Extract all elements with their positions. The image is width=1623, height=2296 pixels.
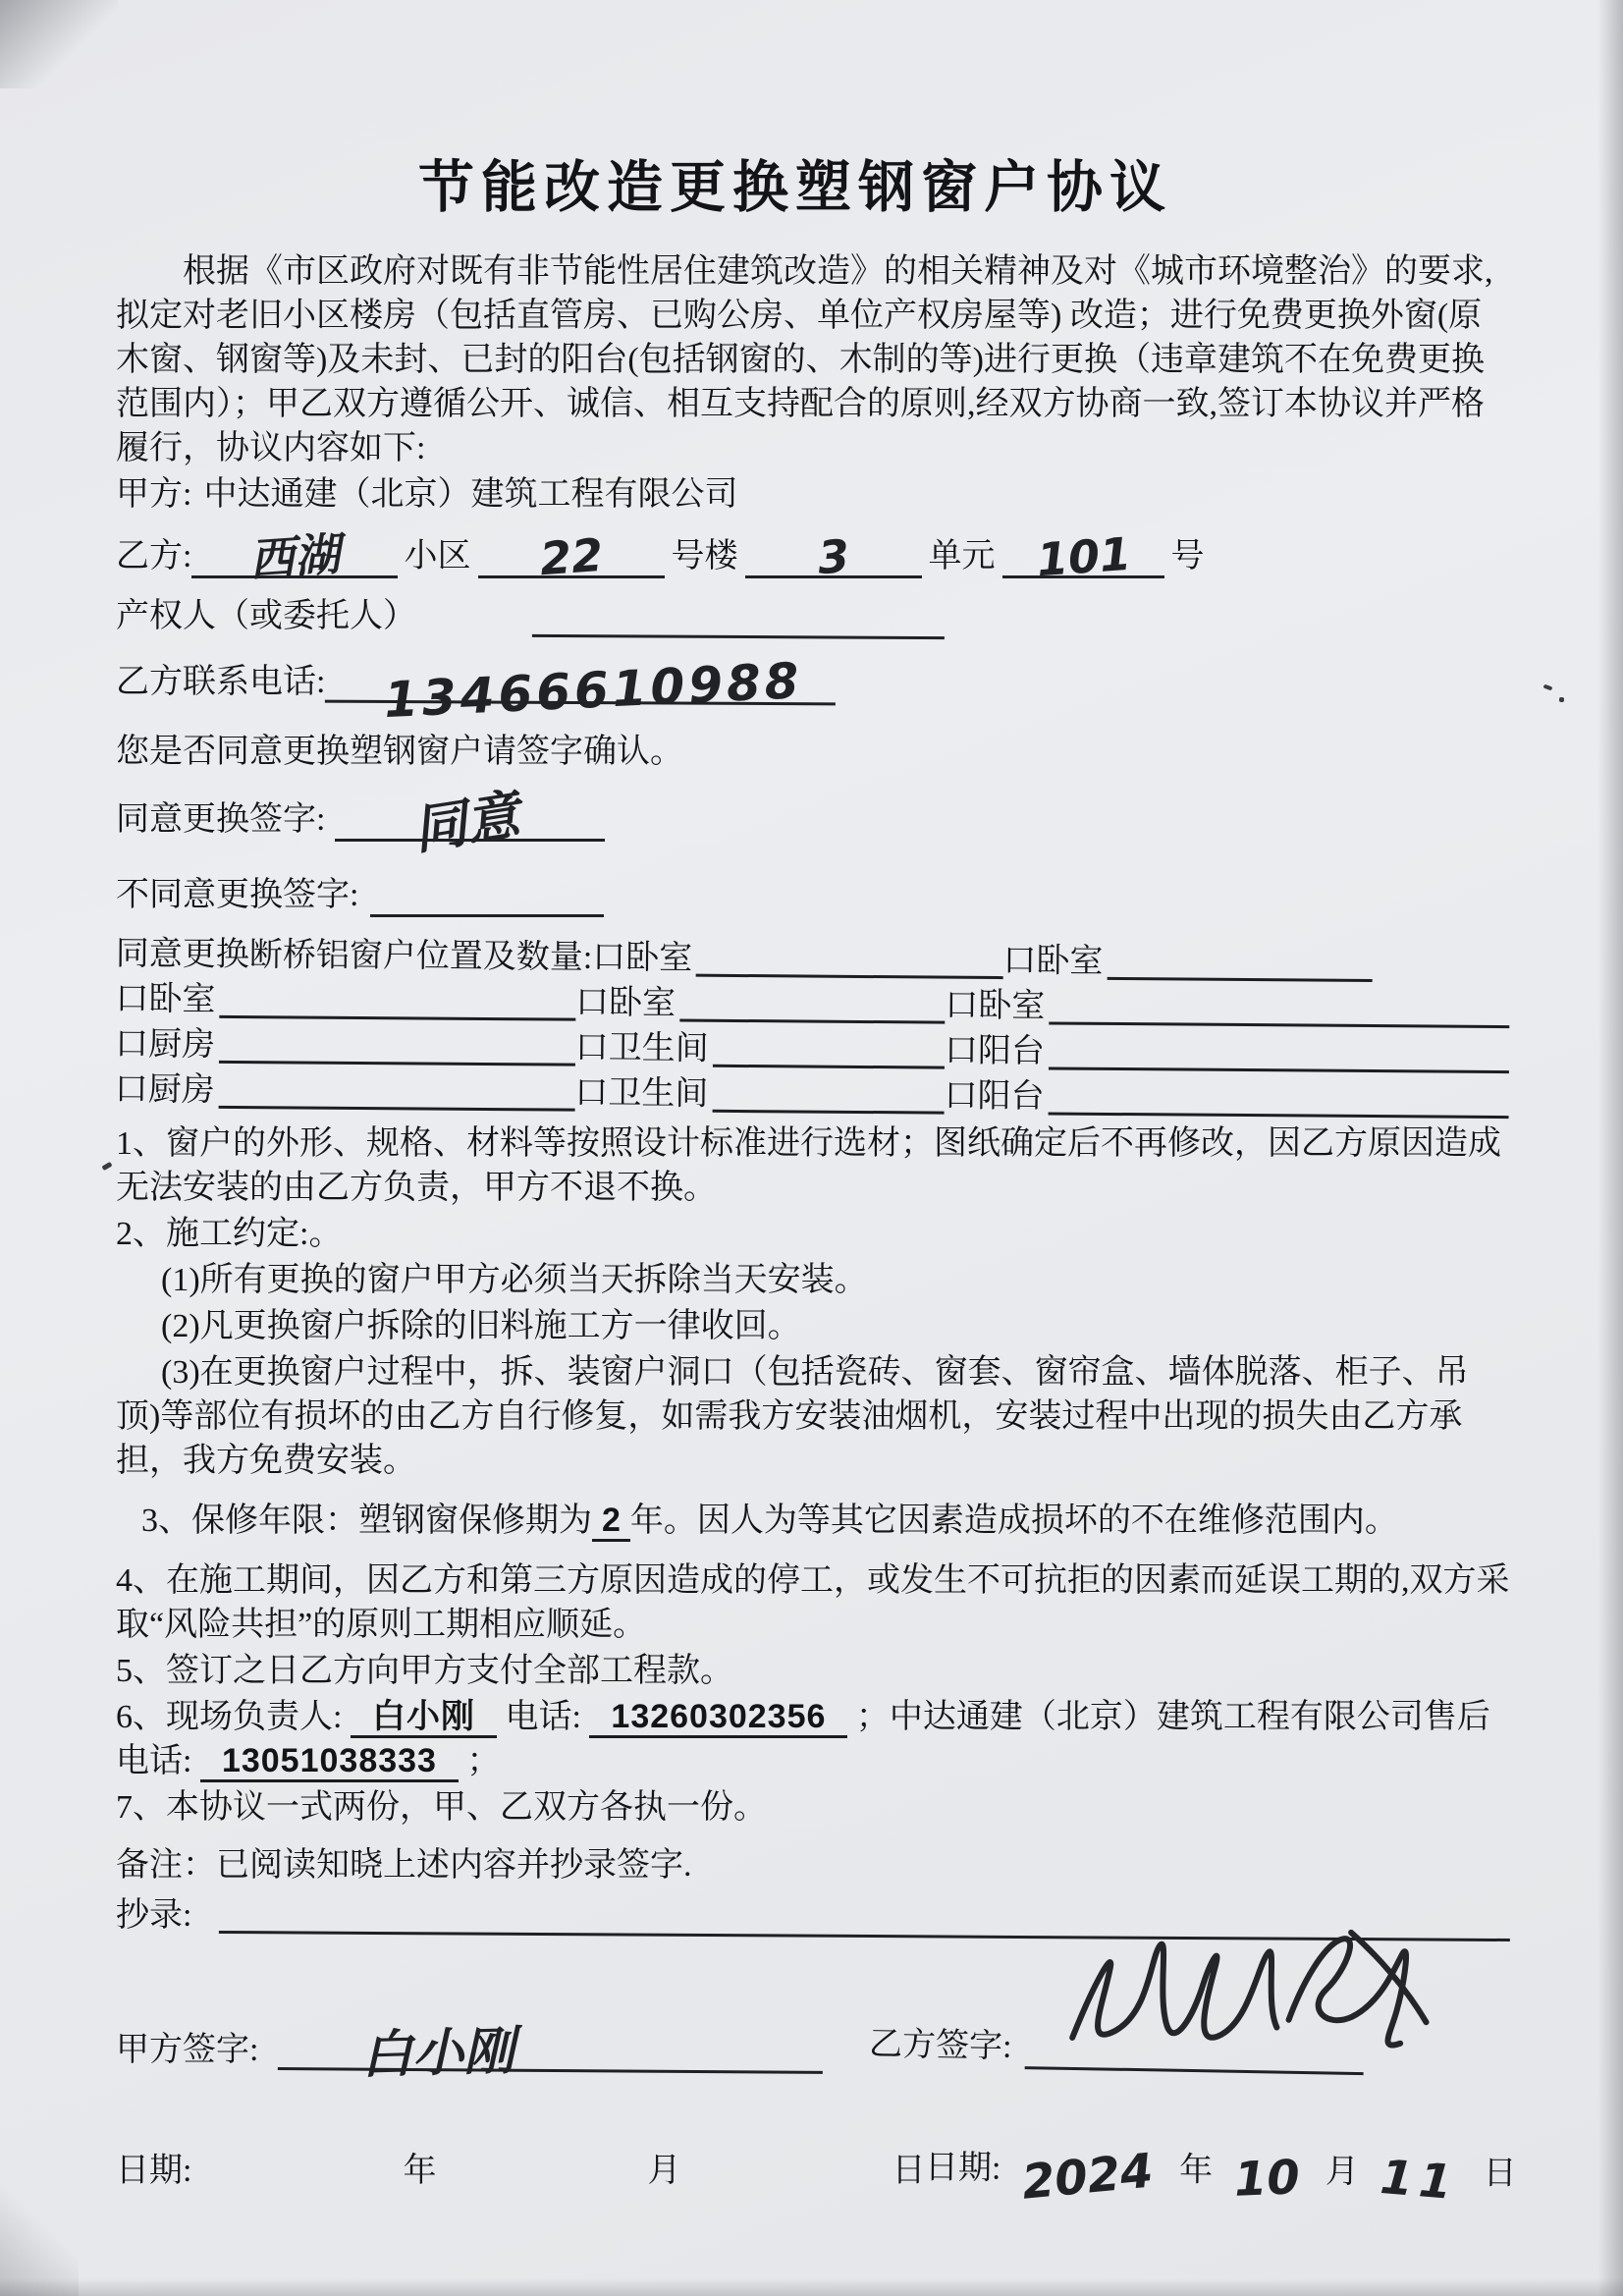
owner-blank bbox=[532, 593, 945, 639]
handwritten-phone-number: 13466610988 bbox=[384, 659, 804, 723]
site-manager-phone: 13260302356 bbox=[589, 1698, 847, 1738]
paper-corner-shadow bbox=[0, 0, 118, 88]
page-title: 节能改造更换塑钢窗户协议 bbox=[98, 153, 1492, 224]
agree-sign-line: 同意更换签字: 同意 bbox=[116, 797, 1510, 842]
party-a-date-block: 日期: 年 月 日 bbox=[116, 2149, 925, 2193]
blank-underline bbox=[712, 1108, 944, 1115]
party-b-label: 乙方: bbox=[116, 534, 191, 578]
handwritten-agree-signature: 同意 bbox=[411, 793, 523, 852]
intro-paragraph: 根据《市区政府对既有非节能性居住建筑改造》的相关精神及对《城市环境整治》的要求,… bbox=[116, 249, 1510, 470]
clause-2-item-3: (3)在更换窗户过程中，拆、装窗户洞口（包括瓷砖、窗套、窗帘盒、墙体脱落、柜子、… bbox=[116, 1350, 1510, 1483]
unit-blank: 3 bbox=[745, 534, 922, 578]
party-b-sign-label: 乙方签字: bbox=[868, 2022, 1011, 2069]
checkbox-cell-kitchen: 口厨房 bbox=[115, 1067, 575, 1116]
building-suffix: 号楼 bbox=[665, 534, 745, 578]
handwritten-unit-number: 3 bbox=[817, 534, 851, 580]
scan-speck bbox=[1559, 697, 1564, 702]
clause-1: 1、窗户的外形、规格、材料等按照设计标准进行选材；图纸确定后不再修改，因乙方原因… bbox=[116, 1121, 1510, 1210]
confirm-prompt: 您是否同意更换塑钢窗户请签字确认。 bbox=[116, 730, 1510, 774]
copy-label: 抄录: bbox=[116, 1893, 191, 1938]
scanned-agreement-page: 节能改造更换塑钢窗户协议 根据《市区政府对既有非节能性居住建筑改造》的相关精神及… bbox=[0, 0, 1623, 2296]
window-location-table: 同意更换断桥铝窗户位置及数量: 口卧室 口卧室 口卧室 口卧室 bbox=[115, 931, 1510, 1122]
blank-underline bbox=[219, 1013, 575, 1021]
blank-underline bbox=[696, 972, 1002, 979]
agree-sign-label: 同意更换签字: bbox=[116, 797, 325, 842]
month-label: 月 bbox=[647, 2149, 680, 2193]
paper-edge-shadow bbox=[0, 2278, 1623, 2296]
checkbox-cell-bedroom: 口卧室 bbox=[1002, 939, 1373, 986]
handwritten-community-name: 西湖 bbox=[248, 532, 342, 582]
scan-speck bbox=[1543, 684, 1553, 691]
day-label: 日 bbox=[892, 2149, 925, 2193]
party-a-label: 甲方: bbox=[116, 472, 191, 517]
owner-line: 产权人（或委托人） bbox=[116, 594, 1510, 638]
disagree-sign-blank bbox=[370, 873, 604, 917]
blank-underline bbox=[1107, 975, 1372, 982]
blank-underline bbox=[713, 1063, 945, 1069]
phone-label: 乙方联系电话: bbox=[116, 660, 325, 704]
scan-speck bbox=[101, 1162, 112, 1171]
note-line: 备注：已阅读知晓上述内容并抄录签字. bbox=[116, 1843, 1510, 1887]
handwritten-building-number: 22 bbox=[539, 533, 605, 581]
month-label: 月 bbox=[1325, 2150, 1359, 2194]
clause-6: 6、现场负责人: 白小刚 电话: 13260302356 ；中达通建（北京）建筑… bbox=[116, 1695, 1510, 1783]
blank-underline bbox=[1049, 1019, 1509, 1028]
party-a-sign-blank: 白小刚 bbox=[278, 2026, 823, 2074]
table-header-label: 同意更换断桥铝窗户位置及数量: bbox=[116, 932, 593, 980]
blank-underline bbox=[219, 1059, 575, 1066]
handwritten-day: 11 bbox=[1380, 2156, 1460, 2206]
clause-5: 5、签订之日乙方向甲方支付全部工程款。 bbox=[116, 1649, 1510, 1693]
checkbox-cell-balcony: 口阳台 bbox=[944, 1074, 1508, 1123]
party-b-line: 乙方: 西湖 小区 22 号楼 3 单元 101 号 bbox=[116, 534, 1510, 578]
checkbox-cell-bathroom: 口卫生间 bbox=[574, 1071, 945, 1119]
party-a-date-label: 日期: bbox=[116, 2149, 191, 2193]
blank-underline bbox=[1049, 1065, 1509, 1073]
checkbox-cell-kitchen: 口厨房 bbox=[115, 1022, 575, 1070]
community-blank: 西湖 bbox=[191, 534, 398, 578]
signature-row: 甲方签字: 白小刚 乙方签字: bbox=[116, 2028, 1510, 2072]
party-a-sign-label: 甲方签字: bbox=[116, 2028, 258, 2072]
handwritten-party-a-signature: 白小刚 bbox=[361, 2030, 515, 2078]
checkbox-cell-bedroom: 口卧室 bbox=[575, 981, 946, 1028]
handwritten-month: 10 bbox=[1234, 2156, 1302, 2203]
warranty-years-value: 2 bbox=[592, 1502, 630, 1542]
clause-3: 3、保修年限：塑钢窗保修期为2年。因人为等其它因素造成损坏的不在维修范围内。 bbox=[116, 1499, 1510, 1543]
year-label: 年 bbox=[1179, 2149, 1213, 2193]
blank-underline bbox=[219, 1104, 575, 1112]
handwritten-year: 2024 bbox=[1021, 2149, 1156, 2205]
party-a-value: 中达通建（北京）建筑工程有限公司 bbox=[191, 472, 737, 517]
disagree-sign-label: 不同意更换签字: bbox=[116, 873, 358, 917]
blank-underline bbox=[1048, 1110, 1508, 1119]
aftersales-phone: 13051038333 bbox=[200, 1742, 459, 1782]
clause-2: 2、施工约定:。 bbox=[116, 1212, 1510, 1256]
agree-sign-blank: 同意 bbox=[335, 797, 605, 842]
party-b-date-label: 日期: bbox=[925, 2146, 1001, 2191]
clauses-section: 1、窗户的外形、规格、材料等按照设计标准进行选材；图纸确定后不再修改，因乙方原因… bbox=[116, 1121, 1510, 1830]
building-blank: 22 bbox=[478, 534, 665, 578]
handwritten-room-number: 101 bbox=[1035, 532, 1132, 583]
community-suffix: 小区 bbox=[398, 534, 478, 578]
clause-2-item-1: (1)所有更换的窗户甲方必须当天拆除当天安装。 bbox=[116, 1258, 1510, 1302]
year-label: 年 bbox=[403, 2149, 436, 2193]
party-b-date-block: 日期: 2024 年 10 月 11 日 bbox=[925, 2146, 1517, 2196]
site-manager-name: 白小刚 bbox=[351, 1698, 497, 1738]
handwritten-party-b-signature bbox=[1055, 1922, 1450, 2086]
room-blank: 101 bbox=[1002, 534, 1164, 578]
party-b-sign-blank bbox=[1025, 2025, 1365, 2075]
disagree-sign-line: 不同意更换签字: bbox=[116, 873, 1510, 917]
phone-line: 乙方联系电话: 13466610988 bbox=[116, 660, 1510, 704]
party-a-signature-block: 甲方签字: 白小刚 bbox=[116, 2028, 869, 2072]
document-content: 节能改造更换塑钢窗户协议 根据《市区政府对既有非节能性居住建筑改造》的相关精神及… bbox=[116, 145, 1510, 2193]
date-row: 日期: 年 月 日 日期: 2024 年 10 月 11 日 bbox=[116, 2149, 1510, 2193]
checkbox-cell-bedroom: 口卧室 bbox=[945, 984, 1509, 1033]
day-label: 日 bbox=[1484, 2152, 1517, 2196]
room-suffix: 号 bbox=[1164, 534, 1212, 578]
blank-underline bbox=[679, 1017, 945, 1024]
checkbox-cell-bedroom: 口卧室 bbox=[592, 936, 1003, 983]
owner-label: 产权人（或委托人） bbox=[116, 594, 416, 638]
party-b-signature-block: 乙方签字: bbox=[868, 2022, 1510, 2077]
checkbox-cell-balcony: 口阳台 bbox=[945, 1029, 1509, 1078]
phone-blank: 13466610988 bbox=[325, 659, 836, 706]
clause-7: 7、本协议一式两份，甲、乙双方各执一份。 bbox=[116, 1785, 1510, 1830]
clause-4: 4、在施工期间，因乙方和第三方原因造成的停工，或发生不可抗拒的因素而延误工期的,… bbox=[116, 1558, 1510, 1647]
unit-suffix: 单元 bbox=[922, 534, 1002, 578]
clause-2-item-2: (2)凡更换窗户拆除的旧料施工方一律收回。 bbox=[116, 1304, 1510, 1348]
paper-edge-shadow bbox=[1597, 0, 1623, 2296]
party-a-line: 甲方: 中达通建（北京）建筑工程有限公司 bbox=[116, 472, 1510, 517]
checkbox-cell-bedroom: 口卧室 bbox=[115, 977, 575, 1025]
checkbox-cell-bathroom: 口卫生间 bbox=[574, 1026, 945, 1073]
